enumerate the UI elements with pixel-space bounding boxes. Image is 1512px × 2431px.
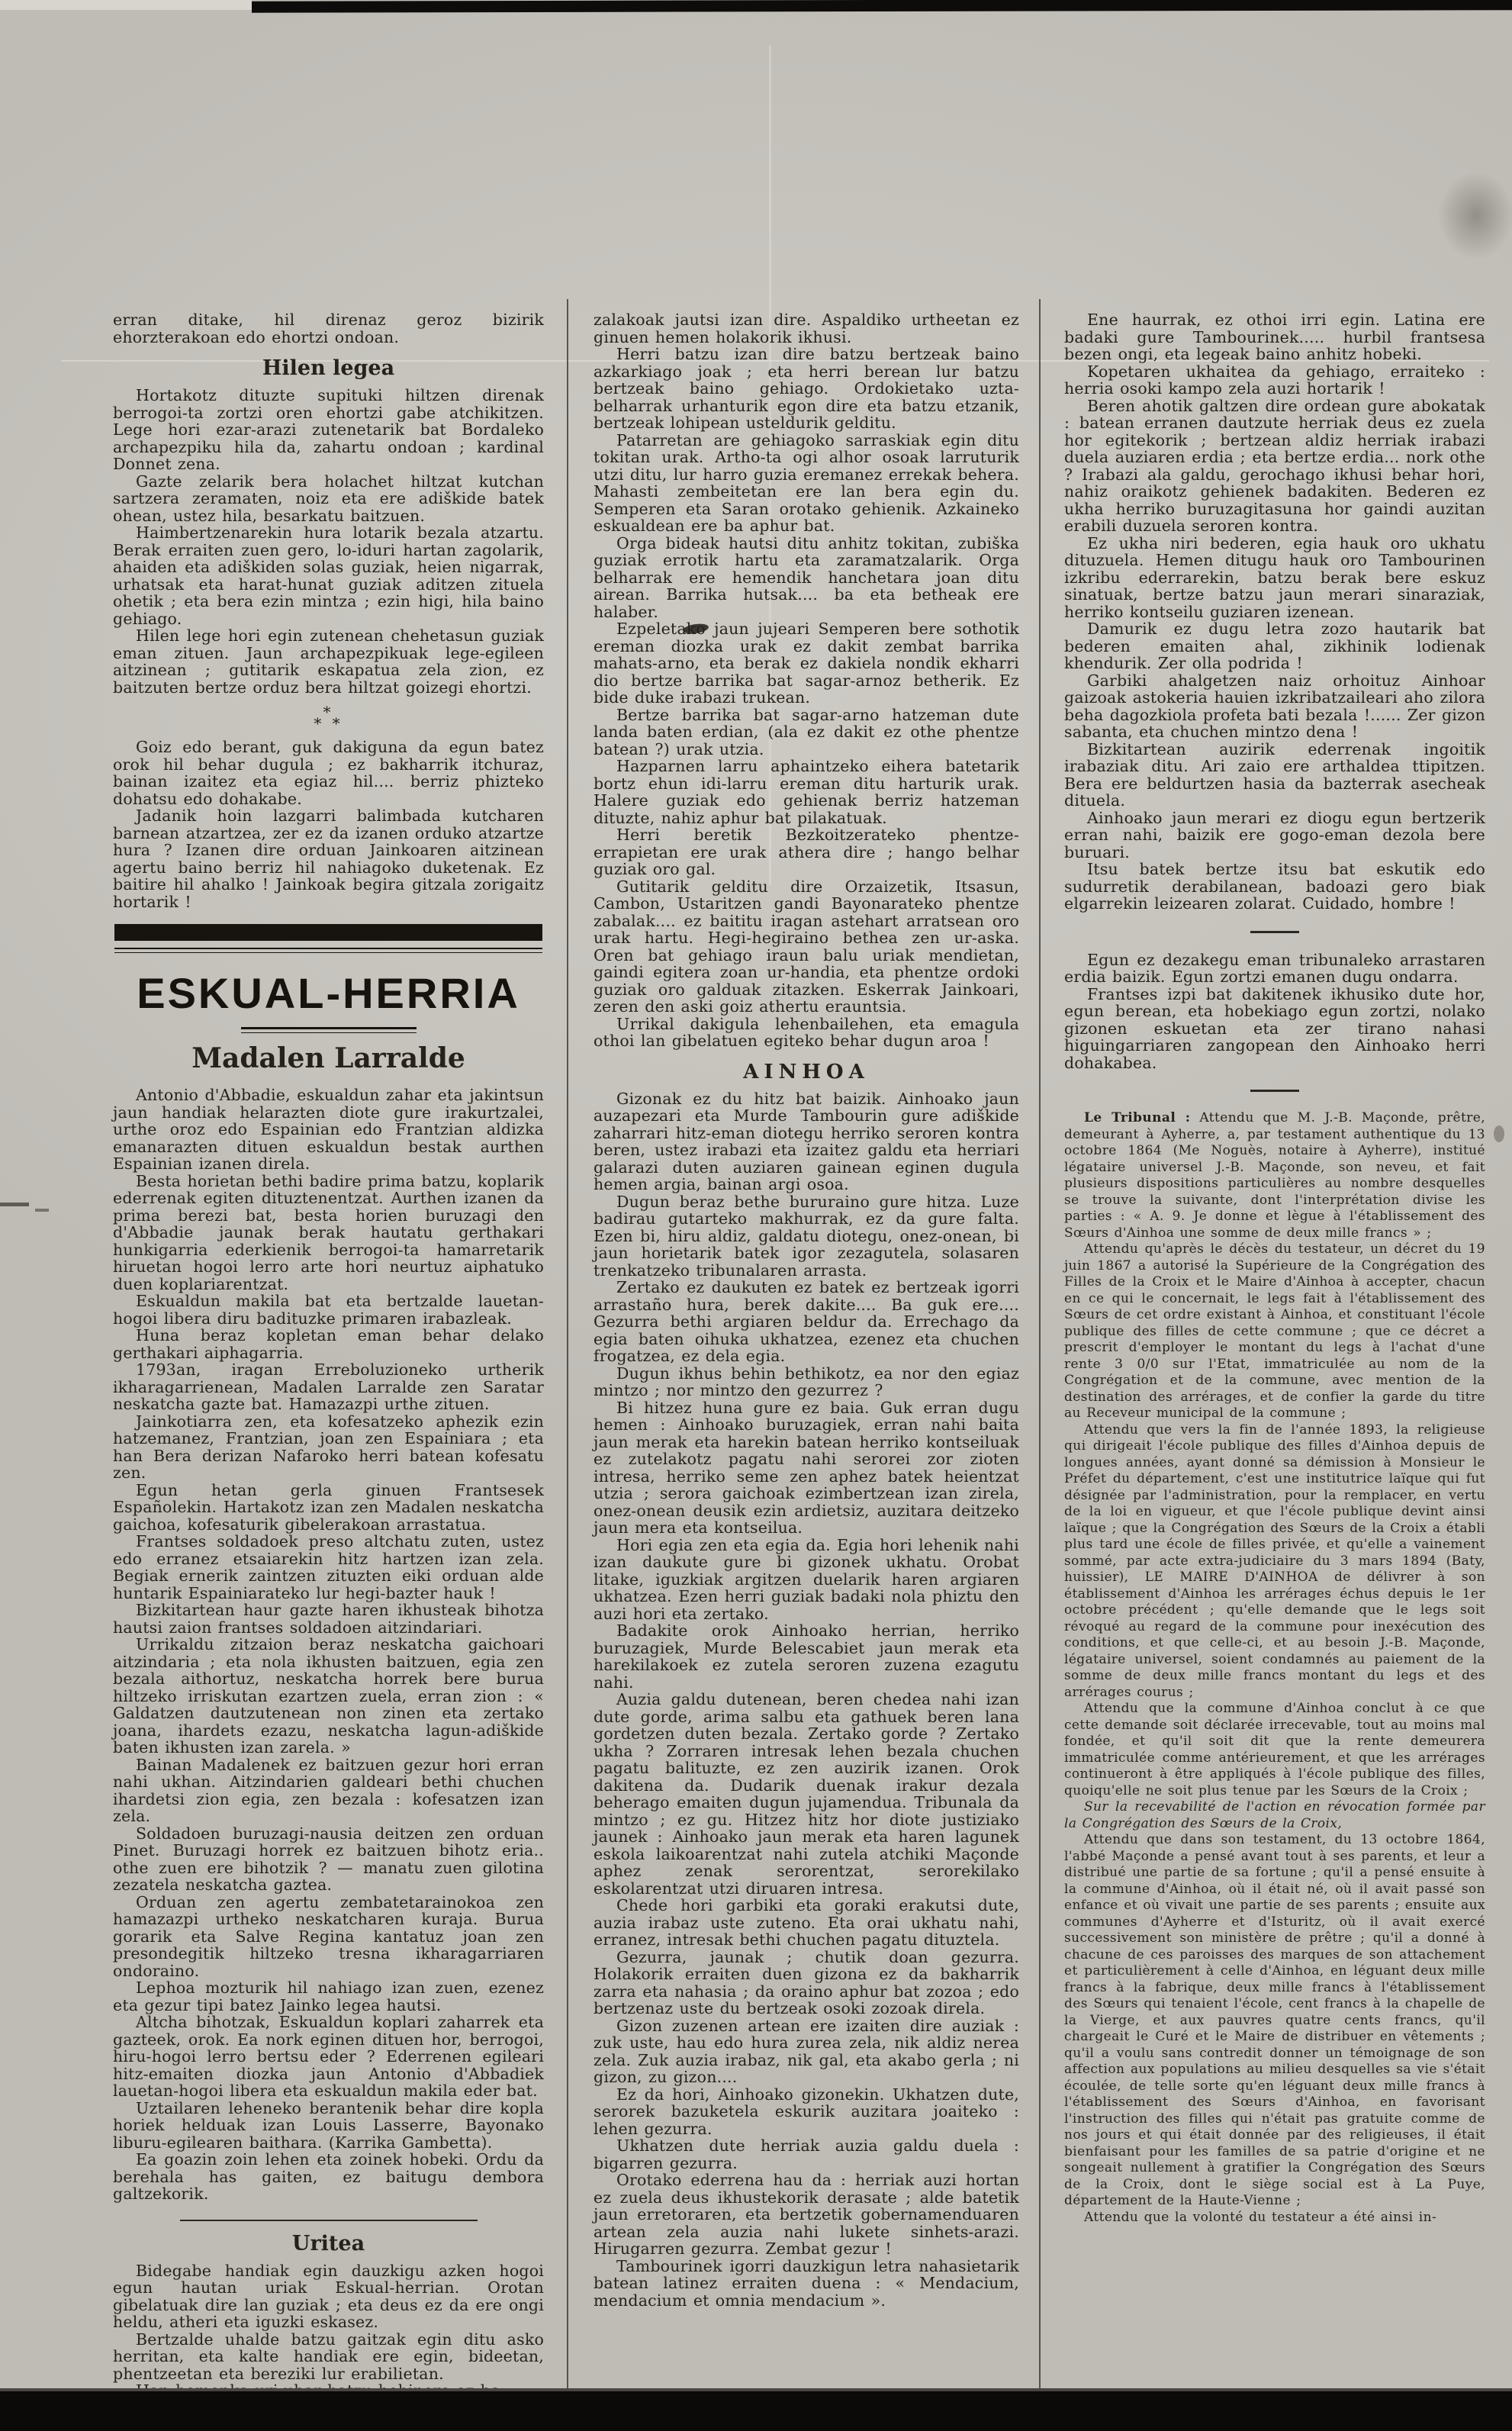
heavy-rule bbox=[114, 924, 542, 941]
paragraph: Patarretan are gehiagoko sarraskiak egin… bbox=[594, 432, 1019, 535]
paragraph: Altcha bihotzak, Eskualdun koplari zahar… bbox=[113, 2014, 544, 2100]
scan-smudge bbox=[1438, 172, 1512, 259]
column-divider-rule-2 bbox=[1039, 299, 1041, 2391]
paragraph: Herri beretik Bezkoitzerateko phentze-er… bbox=[594, 826, 1019, 878]
paragraph: Tambourinek igorri dauzkigun letra nahas… bbox=[594, 2258, 1019, 2310]
paragraph: Dugun ikhus behin bethikotz, ea nor den … bbox=[594, 1365, 1019, 1399]
paragraph: Orotako ederrena hau da : herriak auzi h… bbox=[594, 2172, 1019, 2258]
paragraph: Ezpeletako jaun jujeari Semperen bere so… bbox=[594, 620, 1019, 707]
paragraph: Orduan zen agertu zembatetarainokoa zen … bbox=[113, 1894, 544, 1980]
binding-mark bbox=[0, 1203, 29, 1206]
scan-top-edge bbox=[252, 0, 1512, 13]
legal-paragraph: Attendu que vers la fin de l'année 1893,… bbox=[1064, 1422, 1485, 1702]
masthead-ornament bbox=[114, 924, 542, 953]
scan-bottom-edge bbox=[0, 2388, 1512, 2431]
paragraph: Uztailaren leheneko berantenik behar dir… bbox=[113, 2100, 544, 2152]
paragraph: Itsu batek bertze itsu bat eskutik edo s… bbox=[1064, 861, 1485, 913]
section-divider-rule bbox=[180, 2220, 478, 2221]
paragraph: Ene haurrak, ez othoi irri egin. Latina … bbox=[1064, 311, 1485, 363]
paragraph: Ez da hori, Ainhoako gizonekin. Ukhatzen… bbox=[594, 2086, 1019, 2138]
paragraph: Urrikal dakigula lehenbailehen, eta emag… bbox=[594, 1016, 1019, 1050]
column-3: Ene haurrak, ez othoi irri egin. Latina … bbox=[1064, 311, 1485, 2226]
paragraph: Herri batzu izan dire batzu bertzeak bai… bbox=[594, 346, 1019, 432]
paragraph: Gazte zelarik bera holachet hiltzat kutc… bbox=[113, 473, 544, 525]
paragraph: Lephoa mozturik hil nahiago izan zuen, e… bbox=[113, 1979, 544, 2014]
paragraph: 1793an, iragan Erreboluzioneko urtherik … bbox=[113, 1361, 544, 1413]
legal-paragraph-text: Attendu que M. J.-B. Maçonde, prêtre, de… bbox=[1064, 1110, 1485, 1241]
paragraph: Zertako ez daukuten ez batek ez bertzeak… bbox=[594, 1279, 1019, 1365]
paragraph: Besta horietan bethi badire prima batzu,… bbox=[113, 1173, 544, 1293]
paragraph: Hortakotz dituzte supituki hiltzen diren… bbox=[113, 387, 544, 473]
scan-spot bbox=[1494, 1125, 1504, 1142]
paragraph: Bi hitzez huna gure ez baia. Guk erran d… bbox=[594, 1399, 1019, 1537]
paragraph: Beren ahotik galtzen dire ordean gure ab… bbox=[1064, 398, 1485, 535]
paragraph: Ukhatzen dute herriak auzia galdu duela … bbox=[594, 2137, 1019, 2172]
legal-paragraph: Attendu qu'après le décès du testateur, … bbox=[1064, 1241, 1485, 1422]
paragraph-continuation: erran ditake, hil direnaz geroz bizirik … bbox=[113, 311, 544, 346]
newspaper-page: erran ditake, hil direnaz geroz bizirik … bbox=[0, 0, 1512, 2431]
article-heading: Madalen Larralde bbox=[113, 1042, 544, 1074]
paragraph: Jainkotiarra zen, eta kofesatzeko aphezi… bbox=[113, 1413, 544, 1482]
paragraph: Ez ukha niri bederen, egia hauk oro ukha… bbox=[1064, 535, 1485, 621]
paragraph: Dugun beraz bethe bururaino gure hitza. … bbox=[594, 1193, 1019, 1280]
paragraph: Gutitarik gelditu dire Orzaizetik, Itsas… bbox=[594, 878, 1019, 1016]
paragraph: Auzia galdu dutenean, beren chedea nahi … bbox=[594, 1691, 1019, 1897]
paragraph: Ea goazin zoin lehen eta zoinek hobeki. … bbox=[113, 2151, 544, 2203]
paragraph: Egun ez dezakegu eman tribunaleko arrast… bbox=[1064, 951, 1485, 986]
paragraph: Ainhoako jaun merari ez diogu egun bertz… bbox=[1064, 810, 1485, 861]
binding-mark bbox=[35, 1209, 49, 1212]
legal-paragraph-lead: Le Tribunal : bbox=[1084, 1110, 1190, 1125]
paragraph: Antonio d'Abbadie, eskualdun zahar eta j… bbox=[113, 1087, 544, 1173]
paragraph: Bertze barrika bat sagar-arno hatzeman d… bbox=[594, 707, 1019, 758]
paragraph: Haimbertzenarekin hura lotarik bezala at… bbox=[113, 524, 544, 627]
asterisk-row-bottom: * * bbox=[113, 718, 544, 729]
paragraph: Soldadoen buruzagi-nausia deitzen zen or… bbox=[113, 1825, 544, 1894]
legal-paragraph: Attendu que la commune d'Ainhoa conclut … bbox=[1064, 1701, 1485, 1799]
column-divider-rule-1 bbox=[567, 299, 568, 2391]
legal-paragraph-italic: Sur la recevabilité de l'action en révoc… bbox=[1064, 1799, 1485, 1832]
paragraph: Orga bideak hautsi ditu anhitz tokitan, … bbox=[594, 535, 1019, 621]
section-heading: Hilen legea bbox=[113, 356, 544, 380]
legal-paragraph: Attendu que la volonté du testateur a ét… bbox=[1064, 2210, 1485, 2227]
column-2: zalakoak jautsi izan dire. Aspaldiko urt… bbox=[594, 311, 1019, 2309]
paragraph: Goiz edo berant, guk dakiguna da egun ba… bbox=[113, 739, 544, 807]
paragraph: Gizonak ez du hitz bat baizik. Ainhoako … bbox=[594, 1090, 1019, 1193]
masthead-underline-rule bbox=[241, 1027, 417, 1033]
paragraph: Hori egia zen eta egia da. Egia hori leh… bbox=[594, 1537, 1019, 1623]
double-rule bbox=[114, 948, 542, 953]
paragraph: Hilen lege hori egin zutenean chehetasun… bbox=[113, 627, 544, 696]
paragraph: Kopetaren ukhaitea da gehiago, erraiteko… bbox=[1064, 363, 1485, 398]
scan-paper-edge bbox=[0, 0, 252, 10]
section-heading: Uritea bbox=[113, 2232, 544, 2256]
paragraph: Urrikaldu zitzaion beraz neskatcha gaich… bbox=[113, 1636, 544, 1756]
paragraph: Damurik ez dugu letra zozo hautarik bat … bbox=[1064, 620, 1485, 672]
paragraph: Eskualdun makila bat eta bertzalde lauet… bbox=[113, 1293, 544, 1327]
legal-paragraph: Attendu que dans son testament, du 13 oc… bbox=[1064, 1832, 1485, 2210]
paragraph: Frantses izpi bat dakitenek ikhusiko dut… bbox=[1064, 986, 1485, 1072]
paragraph: Badakite orok Ainhoako herrian, herriko … bbox=[594, 1622, 1019, 1691]
paragraph: Bainan Madalenek ez baitzuen gezur hori … bbox=[113, 1756, 544, 1825]
legal-paragraph: Le Tribunal : Attendu que M. J.-B. Maçon… bbox=[1064, 1110, 1485, 1241]
asterism-separator: ** * bbox=[113, 707, 544, 729]
paragraph-continuation: zalakoak jautsi izan dire. Aspaldiko urt… bbox=[594, 311, 1019, 346]
section-heading: AINHOA bbox=[594, 1061, 1019, 1083]
short-divider-rule bbox=[1250, 931, 1299, 933]
masthead-title: ESKUAL-HERRIA bbox=[113, 968, 544, 1018]
paragraph: Hazparnen larru aphaintzeko eihera batet… bbox=[594, 758, 1019, 826]
paragraph: Bidegabe handiak egin dauzkigu azken hog… bbox=[113, 2262, 544, 2331]
paragraph: Frantses soldadoek preso altchatu zuten,… bbox=[113, 1533, 544, 1602]
paragraph: Bizkitartean auzirik ederrenak ingoitik … bbox=[1064, 741, 1485, 810]
paragraph: Huna beraz kopletan eman behar delako ge… bbox=[113, 1327, 544, 1361]
paragraph: Bertzalde uhalde batzu gaitzak egin ditu… bbox=[113, 2331, 544, 2383]
paragraph: Gezurra, jaunak ; chutik doan gezurra. H… bbox=[594, 1949, 1019, 2017]
paragraph: Egun hetan gerla ginuen Frantsesek Españ… bbox=[113, 1482, 544, 1534]
short-divider-rule bbox=[1250, 1090, 1299, 1092]
column-1: erran ditake, hil direnaz geroz bizirik … bbox=[113, 311, 544, 2400]
paragraph: Garbiki ahalgetzen naiz orhoituz Ainhoar… bbox=[1064, 672, 1485, 741]
paragraph: Bizkitartean haur gazte haren ikhusteak … bbox=[113, 1602, 544, 1636]
paragraph: Jadanik hoin lazgarri balimbada kutchare… bbox=[113, 807, 544, 910]
paragraph: Gizon zuzenen artean ere izaiten dire au… bbox=[594, 2017, 1019, 2086]
paragraph: Chede hori garbiki eta goraki erakutsi d… bbox=[594, 1897, 1019, 1949]
